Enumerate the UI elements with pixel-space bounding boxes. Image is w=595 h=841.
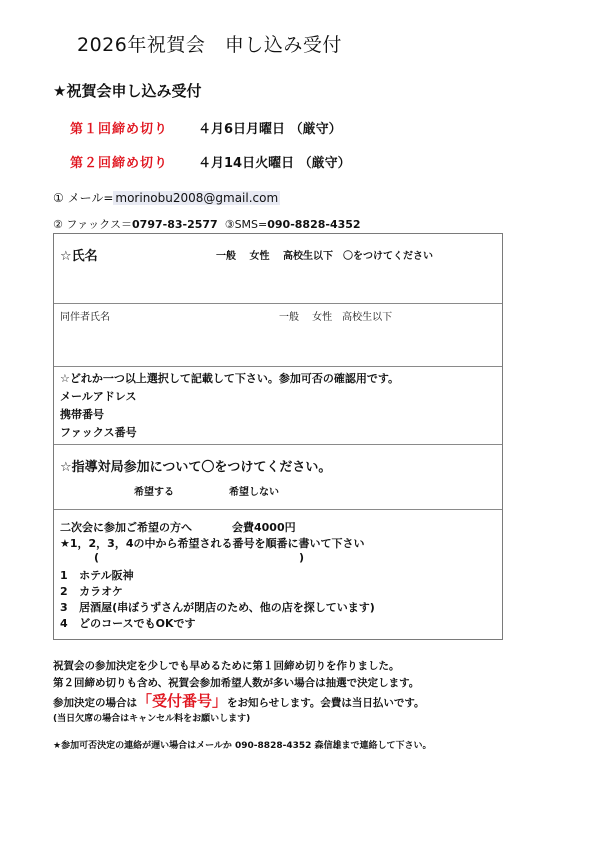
option-wish-yes[interactable]: 希望する: [134, 483, 174, 498]
deadline-1-date: ４月6日月曜日 （厳守）: [198, 122, 342, 137]
companion-label: 同伴者氏名: [60, 308, 110, 323]
note-line-3-pre: 参加決定の場合は: [53, 697, 137, 709]
email-prefix: ① メール=: [53, 191, 113, 205]
choice-text: カラオケ: [79, 585, 123, 598]
choice-num: 3: [60, 601, 68, 614]
teaching-game-instruction: ☆指導対局参加について〇をつけてください。: [60, 456, 331, 475]
sms-prefix: ③SMS=: [225, 218, 268, 231]
companion-row[interactable]: 同伴者氏名 一般 女性 高校生以下: [54, 303, 502, 367]
field-email-address: メールアドレス: [60, 388, 136, 404]
afterparty-instruction: ★1，2，3，4の中から希望される番号を順番に書いて下さい: [60, 535, 364, 551]
note-cancellation: (当日欠席の場合はキャンセル料をお願いします): [53, 711, 250, 724]
sms-number: 090-8828-4352: [267, 218, 360, 231]
note-line-1: 祝賀会の参加決定を少しでも早めるために第１回締め切りを作りました。: [53, 658, 400, 673]
note-line-2: 第２回締め切りも含め、祝賀会参加希望人数が多い場合は抽選で決定します。: [53, 675, 419, 690]
contact-method-row[interactable]: ☆どれか一つ以上選択して記載して下さい。参加可否の確認用です。 メールアドレス …: [54, 366, 502, 445]
name-label: ☆氏名: [60, 245, 98, 264]
choice-num: 2: [60, 585, 68, 598]
afterparty-fee: 会費4000円: [232, 521, 296, 534]
footer-contact-note: ★参加可否決定の連絡が遅い場合はメールか 090-8828-4352 森信雄まで…: [53, 738, 432, 751]
paren-close: ): [299, 551, 304, 564]
choice-text: ホテル阪神: [79, 569, 133, 582]
choice-item: 3 居酒屋(串ぼうずさんが閉店のため、他の店を探しています): [60, 599, 375, 615]
choice-item: 2 カラオケ: [60, 583, 123, 599]
fax-number: 0797-83-2577: [132, 218, 218, 231]
deadline-2-label: 第２回締め切り: [70, 152, 198, 171]
name-row[interactable]: ☆氏名 一般 女性 高校生以下 〇をつけてください: [54, 234, 502, 303]
deadline-2-date: ４月14日火曜日 （厳守）: [198, 156, 351, 171]
contact-fax-sms: ② ファックス＝0797-83-2577 ③SMS=090-8828-4352: [53, 216, 361, 232]
choice-text: どのコースでもOKです: [79, 617, 195, 630]
teaching-game-row[interactable]: ☆指導対局参加について〇をつけてください。 希望する 希望しない: [54, 444, 502, 510]
registration-form-table: ☆氏名 一般 女性 高校生以下 〇をつけてください 同伴者氏名 一般 女性 高校…: [53, 233, 503, 640]
page-title: 2026年祝賀会 申し込み受付: [77, 30, 342, 57]
choice-item: 1 ホテル阪神: [60, 567, 134, 583]
companion-category-options: 一般 女性 高校生以下: [279, 308, 392, 323]
deadline-1-label: 第１回締め切り: [70, 118, 198, 137]
email-link[interactable]: morinobu2008@gmail.com: [113, 191, 280, 205]
afterparty-intro: 二次会に参加ご希望の方へ会費4000円: [60, 519, 296, 535]
contact-email: ① メール=morinobu2008@gmail.com: [53, 189, 280, 206]
field-fax-number: ファックス番号: [60, 424, 137, 440]
section-heading: ★祝賀会申し込み受付: [53, 80, 201, 101]
afterparty-row[interactable]: 二次会に参加ご希望の方へ会費4000円 ★1，2，3，4の中から希望される番号を…: [54, 509, 502, 640]
note-line-3: 参加決定の場合は「受付番号」をお知らせします。会費は当日払いです。: [53, 690, 425, 711]
choice-num: 1: [60, 569, 68, 582]
note-line-3-post: をお知らせします。会費は当日払いです。: [227, 697, 425, 709]
choice-order-input[interactable]: [114, 550, 294, 566]
reception-number-highlight: 「受付番号」: [137, 692, 227, 710]
name-category-options: 一般 女性 高校生以下 〇をつけてください: [216, 247, 433, 262]
option-wish-no[interactable]: 希望しない: [229, 483, 279, 498]
afterparty-intro-text: 二次会に参加ご希望の方へ: [60, 521, 192, 534]
choice-item: 4 どのコースでもOKです: [60, 615, 195, 631]
deadline-1: 第１回締め切り４月6日月曜日 （厳守）: [70, 118, 342, 137]
deadline-2: 第２回締め切り４月14日火曜日 （厳守）: [70, 152, 351, 171]
fax-prefix: ② ファックス＝: [53, 218, 132, 231]
paren-open: (: [94, 551, 99, 564]
field-mobile-number: 携帯番号: [60, 406, 104, 422]
choice-num: 4: [60, 617, 68, 630]
contact-method-instruction: ☆どれか一つ以上選択して記載して下さい。参加可否の確認用です。: [60, 370, 399, 386]
choice-text: 居酒屋(串ぼうずさんが閉店のため、他の店を探しています): [79, 601, 375, 614]
